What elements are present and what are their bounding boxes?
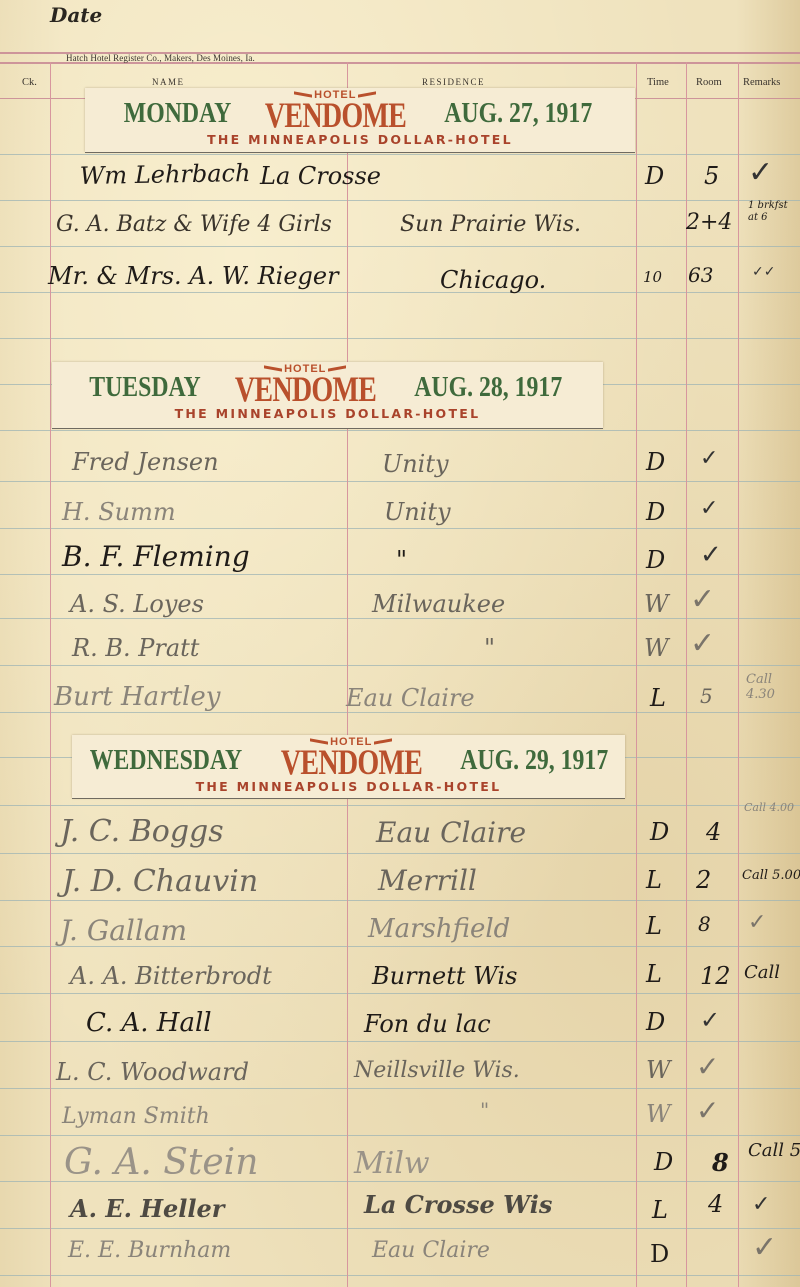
- column-rule-ck: [50, 62, 51, 1287]
- check-mark-icon: ✓: [752, 1192, 770, 1217]
- hotel-logo: HOTEL VENDOME: [261, 737, 442, 777]
- check-mark-icon: ✓: [748, 155, 773, 190]
- guest-residence: Milw: [354, 1146, 430, 1181]
- guest-time: D: [650, 1240, 669, 1268]
- ruled-line: [0, 1275, 800, 1276]
- guest-name: Wm Lehrbach: [80, 159, 251, 190]
- date-label: Date: [50, 3, 102, 27]
- column-header-name: NAME: [152, 77, 185, 87]
- guest-time: W: [646, 1100, 671, 1128]
- guest-name: C. A. Hall: [86, 1008, 212, 1038]
- ruled-line: [0, 574, 800, 575]
- banner-monday: MONDAY HOTEL VENDOME AUG. 27, 1917 THE M…: [85, 88, 635, 152]
- guest-name: A. A. Bitterbrodt: [70, 962, 272, 990]
- guest-residence: La Crosse: [260, 162, 381, 190]
- check-mark-icon: ✓: [752, 1230, 777, 1265]
- ruled-line: [0, 246, 800, 247]
- ruled-line: [0, 665, 800, 666]
- guest-name: Fred Jensen: [72, 448, 219, 476]
- check-mark-icon: ✓: [700, 1006, 720, 1034]
- ruled-line: [0, 618, 800, 619]
- guest-remarks: Call 5.00: [742, 868, 800, 883]
- guest-name: Burt Hartley: [54, 682, 220, 712]
- guest-residence: Eau Claire: [346, 684, 475, 712]
- column-rule-residence: [636, 62, 637, 1287]
- check-mark-icon: ✓: [700, 446, 718, 471]
- guest-room: 5: [700, 684, 713, 708]
- guest-name: L. C. Woodward: [56, 1058, 249, 1086]
- banner-date: AUG. 28, 1917: [414, 371, 562, 404]
- hotel-logo: HOTEL VENDOME: [245, 90, 426, 130]
- ruled-line: [0, 292, 800, 293]
- banner-day: MONDAY: [124, 97, 231, 130]
- check-mark-icon: ✓: [700, 540, 722, 570]
- ruled-line: [0, 430, 800, 431]
- guest-name: R. B. Pratt: [72, 634, 199, 662]
- column-rule-name: [347, 62, 348, 1287]
- guest-name: A. S. Loyes: [70, 590, 204, 618]
- column-header-ck: Ck.: [22, 77, 37, 88]
- column-header-room: Room: [696, 77, 722, 88]
- ruled-line: [0, 1228, 800, 1229]
- guest-name: B. F. Fleming: [62, 540, 250, 573]
- banner-date: AUG. 29, 1917: [460, 744, 608, 777]
- guest-residence: Chicago.: [440, 266, 546, 294]
- guest-name: J. C. Boggs: [60, 814, 224, 849]
- ruled-line: [0, 1135, 800, 1136]
- guest-residence: Marshfield: [368, 914, 510, 944]
- guest-remarks: Call 4.30: [746, 672, 800, 702]
- guest-name: Mr. & Mrs. A. W. Rieger: [48, 262, 339, 290]
- guest-room: 4: [708, 1190, 723, 1218]
- guest-name: G. A. Stein: [64, 1142, 258, 1183]
- guest-room: 2: [696, 866, 711, 894]
- guest-room: 8: [698, 912, 711, 936]
- check-mark-icon: ✓✓: [752, 264, 775, 280]
- guest-room: 8: [712, 1148, 729, 1177]
- banner-wednesday: WEDNESDAY HOTEL VENDOME AUG. 29, 1917 TH…: [72, 735, 625, 798]
- ruled-line: [0, 712, 800, 713]
- guest-time: 10: [643, 268, 662, 286]
- guest-name: G. A. Batz & Wife 4 Girls: [56, 212, 332, 237]
- guest-time: D: [646, 546, 665, 574]
- guest-time: L: [650, 684, 666, 712]
- guest-time: D: [646, 498, 665, 526]
- column-rule-time: [686, 62, 687, 1287]
- ruled-line: [0, 1041, 800, 1042]
- guest-room: 2+4: [686, 210, 732, 235]
- ruled-line: [0, 528, 800, 529]
- ruled-line: [0, 900, 800, 901]
- check-mark-icon: ✓: [748, 910, 766, 935]
- guest-time: W: [646, 1056, 671, 1084]
- guest-name: A. E. Heller: [70, 1194, 224, 1223]
- guest-time: L: [652, 1196, 668, 1224]
- guest-time: D: [654, 1148, 673, 1176]
- check-mark-icon: ✓: [690, 626, 715, 661]
- hotel-name: VENDOME: [235, 374, 376, 404]
- guest-name: J. Gallam: [60, 914, 187, 947]
- ruled-line: [0, 200, 800, 201]
- check-mark-icon: ✓: [690, 582, 715, 617]
- guest-time: W: [644, 634, 669, 662]
- guest-time: L: [646, 960, 662, 988]
- column-header-residence: RESIDENCE: [422, 77, 485, 87]
- check-mark-icon: ✓: [696, 1050, 719, 1083]
- maker-imprint: Hatch Hotel Register Co., Makers, Des Mo…: [66, 53, 255, 63]
- ruled-line: [0, 154, 800, 155]
- ruled-line: [0, 853, 800, 854]
- guest-time: L: [646, 866, 662, 894]
- banner-day: TUESDAY: [89, 371, 200, 404]
- column-header-time: Time: [647, 77, 669, 88]
- guest-residence: ": [484, 634, 495, 662]
- guest-time: L: [646, 912, 662, 940]
- guest-room: 63: [688, 263, 713, 287]
- guest-time: D: [645, 162, 664, 190]
- guest-remarks: Call 5: [748, 1140, 800, 1161]
- column-header-remarks: Remarks: [743, 77, 780, 88]
- ruled-line: [0, 1088, 800, 1089]
- guest-residence: Fon du lac: [364, 1010, 491, 1038]
- guest-residence: Milwaukee: [372, 590, 505, 618]
- register-page: Date Hatch Hotel Register Co., Makers, D…: [0, 0, 800, 1287]
- guest-residence: Sun Prairie Wis.: [400, 212, 581, 237]
- ruled-line: [0, 805, 800, 806]
- hotel-name: VENDOME: [281, 747, 422, 777]
- guest-remarks: Call: [744, 962, 780, 983]
- column-rule-room: [738, 62, 739, 1287]
- guest-name: Lyman Smith: [62, 1104, 210, 1129]
- guest-room: 5: [704, 162, 719, 190]
- guest-residence: Eau Claire: [376, 816, 526, 849]
- guest-time: D: [650, 818, 669, 846]
- hotel-name: VENDOME: [265, 100, 406, 130]
- guest-residence: Unity: [382, 450, 449, 478]
- banner-tuesday: TUESDAY HOTEL VENDOME AUG. 28, 1917 THE …: [52, 362, 603, 428]
- guest-remarks: 1 brkfst at 6: [748, 200, 800, 224]
- ruled-line: [0, 993, 800, 994]
- guest-residence: Neillsville Wis.: [354, 1058, 520, 1083]
- check-mark-icon: ✓: [696, 1094, 719, 1127]
- check-mark-icon: ✓: [700, 496, 718, 521]
- guest-name: H. Summ: [62, 498, 176, 526]
- guest-residence: ": [396, 546, 407, 574]
- guest-residence: Eau Claire: [372, 1238, 490, 1263]
- guest-time: W: [644, 590, 669, 618]
- hotel-logo: HOTEL VENDOME: [215, 364, 396, 404]
- ruled-line: [0, 338, 800, 339]
- guest-residence: Unity: [384, 498, 451, 526]
- guest-time: D: [646, 448, 665, 476]
- guest-residence: La Crosse Wis: [364, 1190, 552, 1219]
- guest-time: D: [646, 1008, 665, 1036]
- guest-residence: Burnett Wis: [372, 962, 517, 990]
- guest-name: E. E. Burnham: [68, 1238, 231, 1263]
- guest-room: 12: [700, 962, 731, 990]
- guest-name: J. D. Chauvin: [62, 864, 258, 899]
- banner-day: WEDNESDAY: [90, 744, 242, 777]
- ruled-line: [0, 481, 800, 482]
- guest-remarks: Call 4.00: [744, 800, 800, 816]
- guest-residence: Merrill: [378, 864, 477, 897]
- banner-date: AUG. 27, 1917: [444, 97, 592, 130]
- guest-room: 4: [706, 818, 721, 846]
- guest-residence: ": [480, 1098, 489, 1122]
